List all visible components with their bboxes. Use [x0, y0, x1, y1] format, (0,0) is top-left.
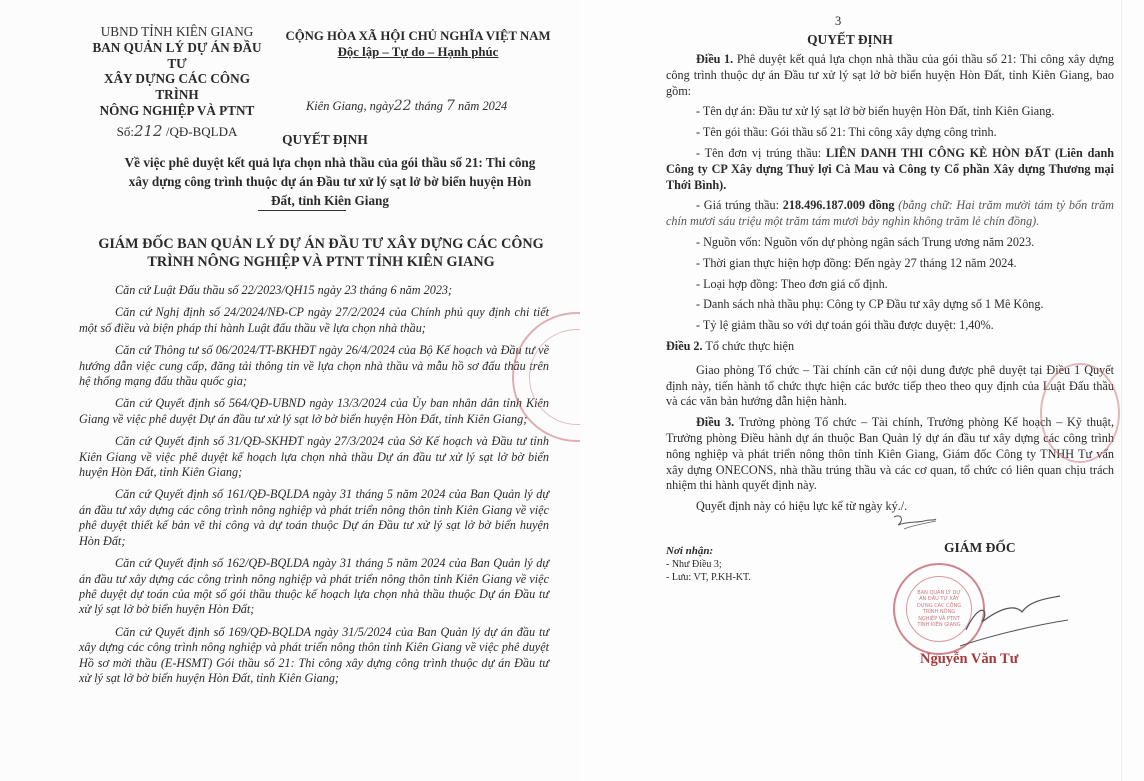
handwritten-day: 22 [394, 98, 412, 114]
legal-basis-item: Căn cứ Quyết định số 31/QĐ-SKHĐT ngày 27… [79, 434, 549, 480]
legal-basis-item: Căn cứ Thông tư số 06/2024/TT-BKHĐT ngày… [79, 343, 549, 389]
contract-type: - Loại hợp đồng: Theo đơn giá cố định. [666, 277, 1114, 293]
initials-mark [890, 513, 940, 531]
legal-basis-item: Căn cứ Quyết định số 161/QĐ-BQLDA ngày 3… [79, 487, 549, 549]
legal-basis-item: Căn cứ Quyết định số 564/QĐ-UBND ngày 13… [79, 396, 549, 427]
agency-name-line3: NÔNG NGHIỆP VÀ PTNT [88, 103, 266, 119]
signer-title: GIÁM ĐỐC [944, 540, 1016, 556]
seal-text: BAN QUẢN LÝ DỰ ÁN ĐẦU TƯ XÂY DỰNG CÁC CÔ… [914, 590, 963, 629]
signer-name: Nguyễn Văn Tư [920, 651, 1018, 668]
winning-bidder: - Tên đơn vị trúng thầu: LIÊN DANH THI C… [666, 146, 1114, 193]
page-number: 3 [835, 14, 841, 29]
country-name: CỘNG HÒA XÃ HỘI CHỦ NGHĨA VIỆT NAM [283, 28, 553, 44]
legal-basis-item: Căn cứ Nghị định số 24/2024/NĐ-CP ngày 2… [79, 305, 549, 336]
issue-date: Kiên Giang, ngày22 tháng 7 năm 2024 [306, 98, 507, 114]
recipient-item: - Lưu: VT, P.KH-KT. [666, 571, 751, 584]
decision-body: Điều 1. Phê duyệt kết quả lựa chọn nhà t… [666, 52, 1114, 520]
legal-basis-item: Căn cứ Luật Đấu thầu số 22/2023/QH15 ngà… [79, 283, 549, 298]
recipients-label: Nơi nhận: [666, 545, 751, 558]
document-page-left: UBND TỈNH KIÊN GIANG BAN QUẢN LÝ DỰ ÁN Đ… [0, 0, 580, 781]
issuing-agency-header: UBND TỈNH KIÊN GIANG BAN QUẢN LÝ DỰ ÁN Đ… [88, 24, 266, 140]
package-name: - Tên gói thầu: Gói thầu số 21: Thi công… [666, 125, 1114, 141]
discount-rate: - Tỷ lệ giảm thầu so với dự toán gói thầ… [666, 318, 1114, 334]
decision-title: QUYẾT ĐỊNH [110, 132, 540, 148]
divider [258, 210, 346, 211]
recipients: Nơi nhận: - Như Điều 3; - Lưu: VT, P.KH-… [666, 545, 751, 584]
article-1-label: Điều 1. [696, 52, 733, 66]
legal-basis-item: Căn cứ Quyết định số 169/QĐ-BQLDA ngày 3… [79, 625, 549, 687]
decision-subject: Về việc phê duyệt kết quả lựa chọn nhà t… [120, 153, 540, 210]
handwritten-month: 7 [446, 98, 455, 114]
article-2-label: Điều 2. [666, 339, 703, 353]
winning-price: - Giá trúng thầu: 218.496.187.009 đồng (… [666, 198, 1114, 230]
national-motto: Độc lập – Tự do – Hạnh phúc [283, 44, 553, 60]
project-name: - Tên dự án: Đầu tư xử lý sạt lở bờ biển… [666, 104, 1114, 120]
legal-bases: Căn cứ Luật Đấu thầu số 22/2023/QH15 ngà… [79, 283, 549, 693]
agency-name-line2: XÂY DỰNG CÁC CÔNG TRÌNH [88, 71, 266, 103]
recipient-item: - Như Điều 3; [666, 558, 751, 571]
official-seal-edge [1040, 363, 1120, 463]
article-1: Điều 1. Phê duyệt kết quả lựa chọn nhà t… [666, 52, 1114, 99]
price-value: 218.496.187.009 đồng [783, 198, 895, 212]
parent-agency: UBND TỈNH KIÊN GIANG [88, 24, 266, 40]
decision-heading: QUYẾT ĐỊNH [790, 32, 910, 48]
legal-basis-item: Căn cứ Quyết định số 162/QĐ-BQLDA ngày 3… [79, 556, 549, 618]
national-header: CỘNG HÒA XÃ HỘI CHỦ NGHĨA VIỆT NAM Độc l… [283, 28, 553, 60]
article-2: Điều 2. Tổ chức thực hiện [666, 339, 1114, 355]
agency-name-line1: BAN QUẢN LÝ DỰ ÁN ĐẦU TƯ [88, 40, 266, 72]
contract-duration: - Thời gian thực hiện hợp đồng: Đến ngày… [666, 256, 1114, 272]
funding-source: - Nguồn vốn: Nguồn vốn dự phòng ngân sác… [666, 235, 1114, 251]
issuing-authority: GIÁM ĐỐC BAN QUẢN LÝ DỰ ÁN ĐẦU TƯ XÂY DỰ… [86, 235, 556, 271]
subcontractors: - Danh sách nhà thầu phụ: Công ty CP Đầu… [666, 297, 1114, 313]
article-3-label: Điều 3. [696, 415, 734, 429]
signature [960, 590, 1070, 650]
